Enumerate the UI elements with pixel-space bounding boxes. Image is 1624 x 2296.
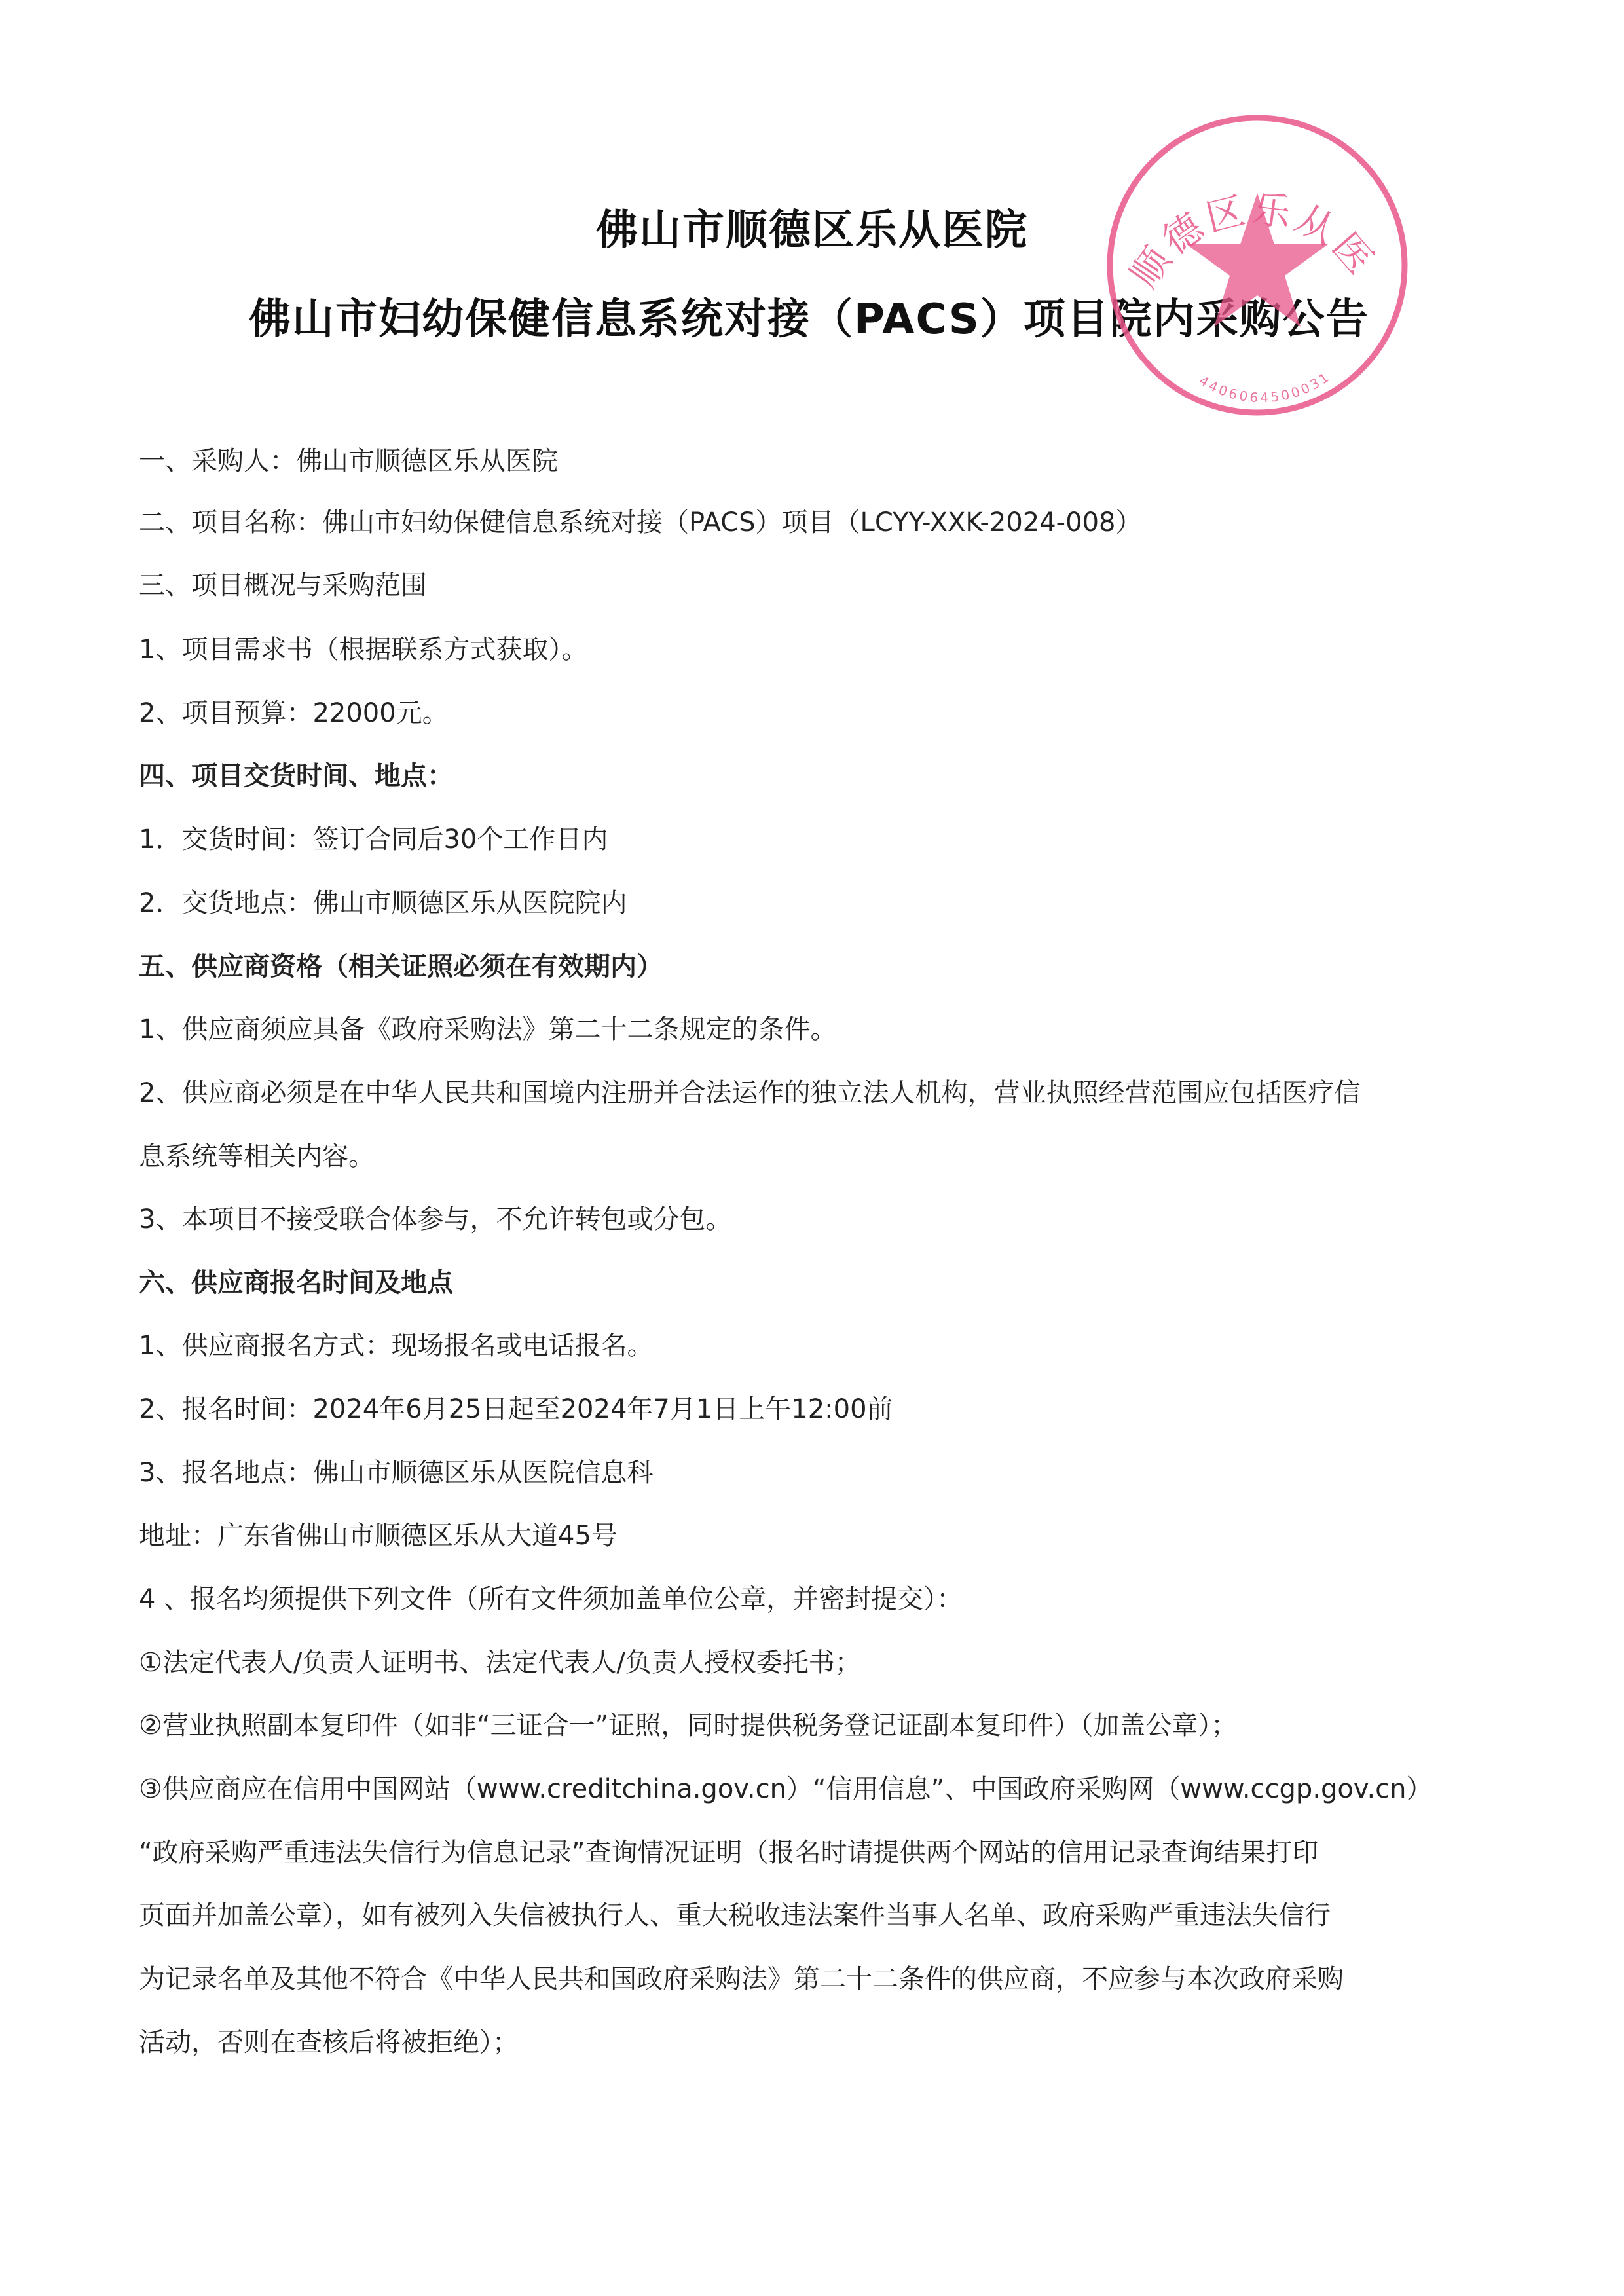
- text-line-s6-addr: 地址：广东省佛山市顺德区乐从大道45号: [139, 1515, 618, 1552]
- text-line-s6-4-3a: ③供应商应在信用中国网站（www.creditchina.gov.cn）“信用信…: [139, 1768, 1433, 1805]
- text-line-s5-2b: 息系统等相关内容。: [139, 1136, 375, 1173]
- text-line-s3-1: 1、项目需求书（根据联系方式获取）。: [139, 629, 587, 666]
- text-line-s6-4-3d: 为记录名单及其他不符合《中华人民共和国政府采购法》第二十二条件的供应商，不应参与…: [139, 1958, 1344, 1995]
- text-line-s6-4-3e: 活动，否则在查核后将被拒绝）；: [139, 2022, 519, 2059]
- text-line-s6-1: 1、供应商报名方式：现场报名或电话报名。: [139, 1325, 653, 1362]
- text-line-s4-2: 2．交货地点：佛山市顺德区乐从医院院内: [139, 882, 627, 919]
- text-line-s6-4-3c: 页面并加盖公章），如有被列入失信被执行人、重大税收违法案件当事人名单、政府采购严…: [139, 1895, 1331, 1932]
- text-line-s3: 三、项目概况与采购范围: [139, 565, 427, 602]
- text-line-s6-4: 4 、报名均须提供下列文件（所有文件须加盖单位公章，并密封提交）：: [139, 1578, 963, 1616]
- text-line-s3-2: 2、项目预算：22000元。: [139, 692, 449, 730]
- text-line-s6-3: 3、报名地点：佛山市顺德区乐从医院信息科: [139, 1452, 653, 1489]
- text-line-s5-1: 1、供应商须应具备《政府采购法》第二十二条规定的条件。: [139, 1009, 836, 1046]
- text-line-s6-4-3b: “政府采购严重违法失信行为信息记录”查询情况证明（报名时请提供两个网站的信用记录…: [139, 1832, 1318, 1869]
- official-seal-icon: 顺德区乐从医院 4406064500031: [1100, 108, 1414, 422]
- text-line-s4-1: 1．交货时间：签订合同后30个工作日内: [139, 819, 608, 856]
- text-line-s5-2a: 2、供应商必须是在中华人民共和国境内注册并合法运作的独立法人机构，营业执照经营范…: [139, 1072, 1360, 1109]
- text-line-s6-4-2: ②营业执照副本复印件（如非“三证合一”证照，同时提供税务登记证副本复印件）（加盖…: [139, 1705, 1237, 1742]
- text-line-s6-4-1: ①法定代表人/负责人证明书、法定代表人/负责人授权委托书；: [139, 1642, 861, 1679]
- text-line-s5: 五、供应商资格（相关证照必须在有效期内）: [139, 946, 663, 983]
- text-line-s2: 二、项目名称：佛山市妇幼保健信息系统对接（PACS）项目（LCYY-XXK-20…: [139, 502, 1141, 539]
- text-line-s1: 一、采购人：佛山市顺德区乐从医院: [139, 440, 558, 477]
- text-line-s4: 四、项目交货时间、地点：: [139, 755, 453, 792]
- text-line-s6: 六、供应商报名时间及地点: [139, 1262, 453, 1299]
- text-line-s5-3: 3、本项目不接受联合体参与，不允许转包或分包。: [139, 1198, 731, 1236]
- text-line-s6-2: 2、报名时间：2024年6月25日起至2024年7月1日上午12:00前: [139, 1388, 893, 1426]
